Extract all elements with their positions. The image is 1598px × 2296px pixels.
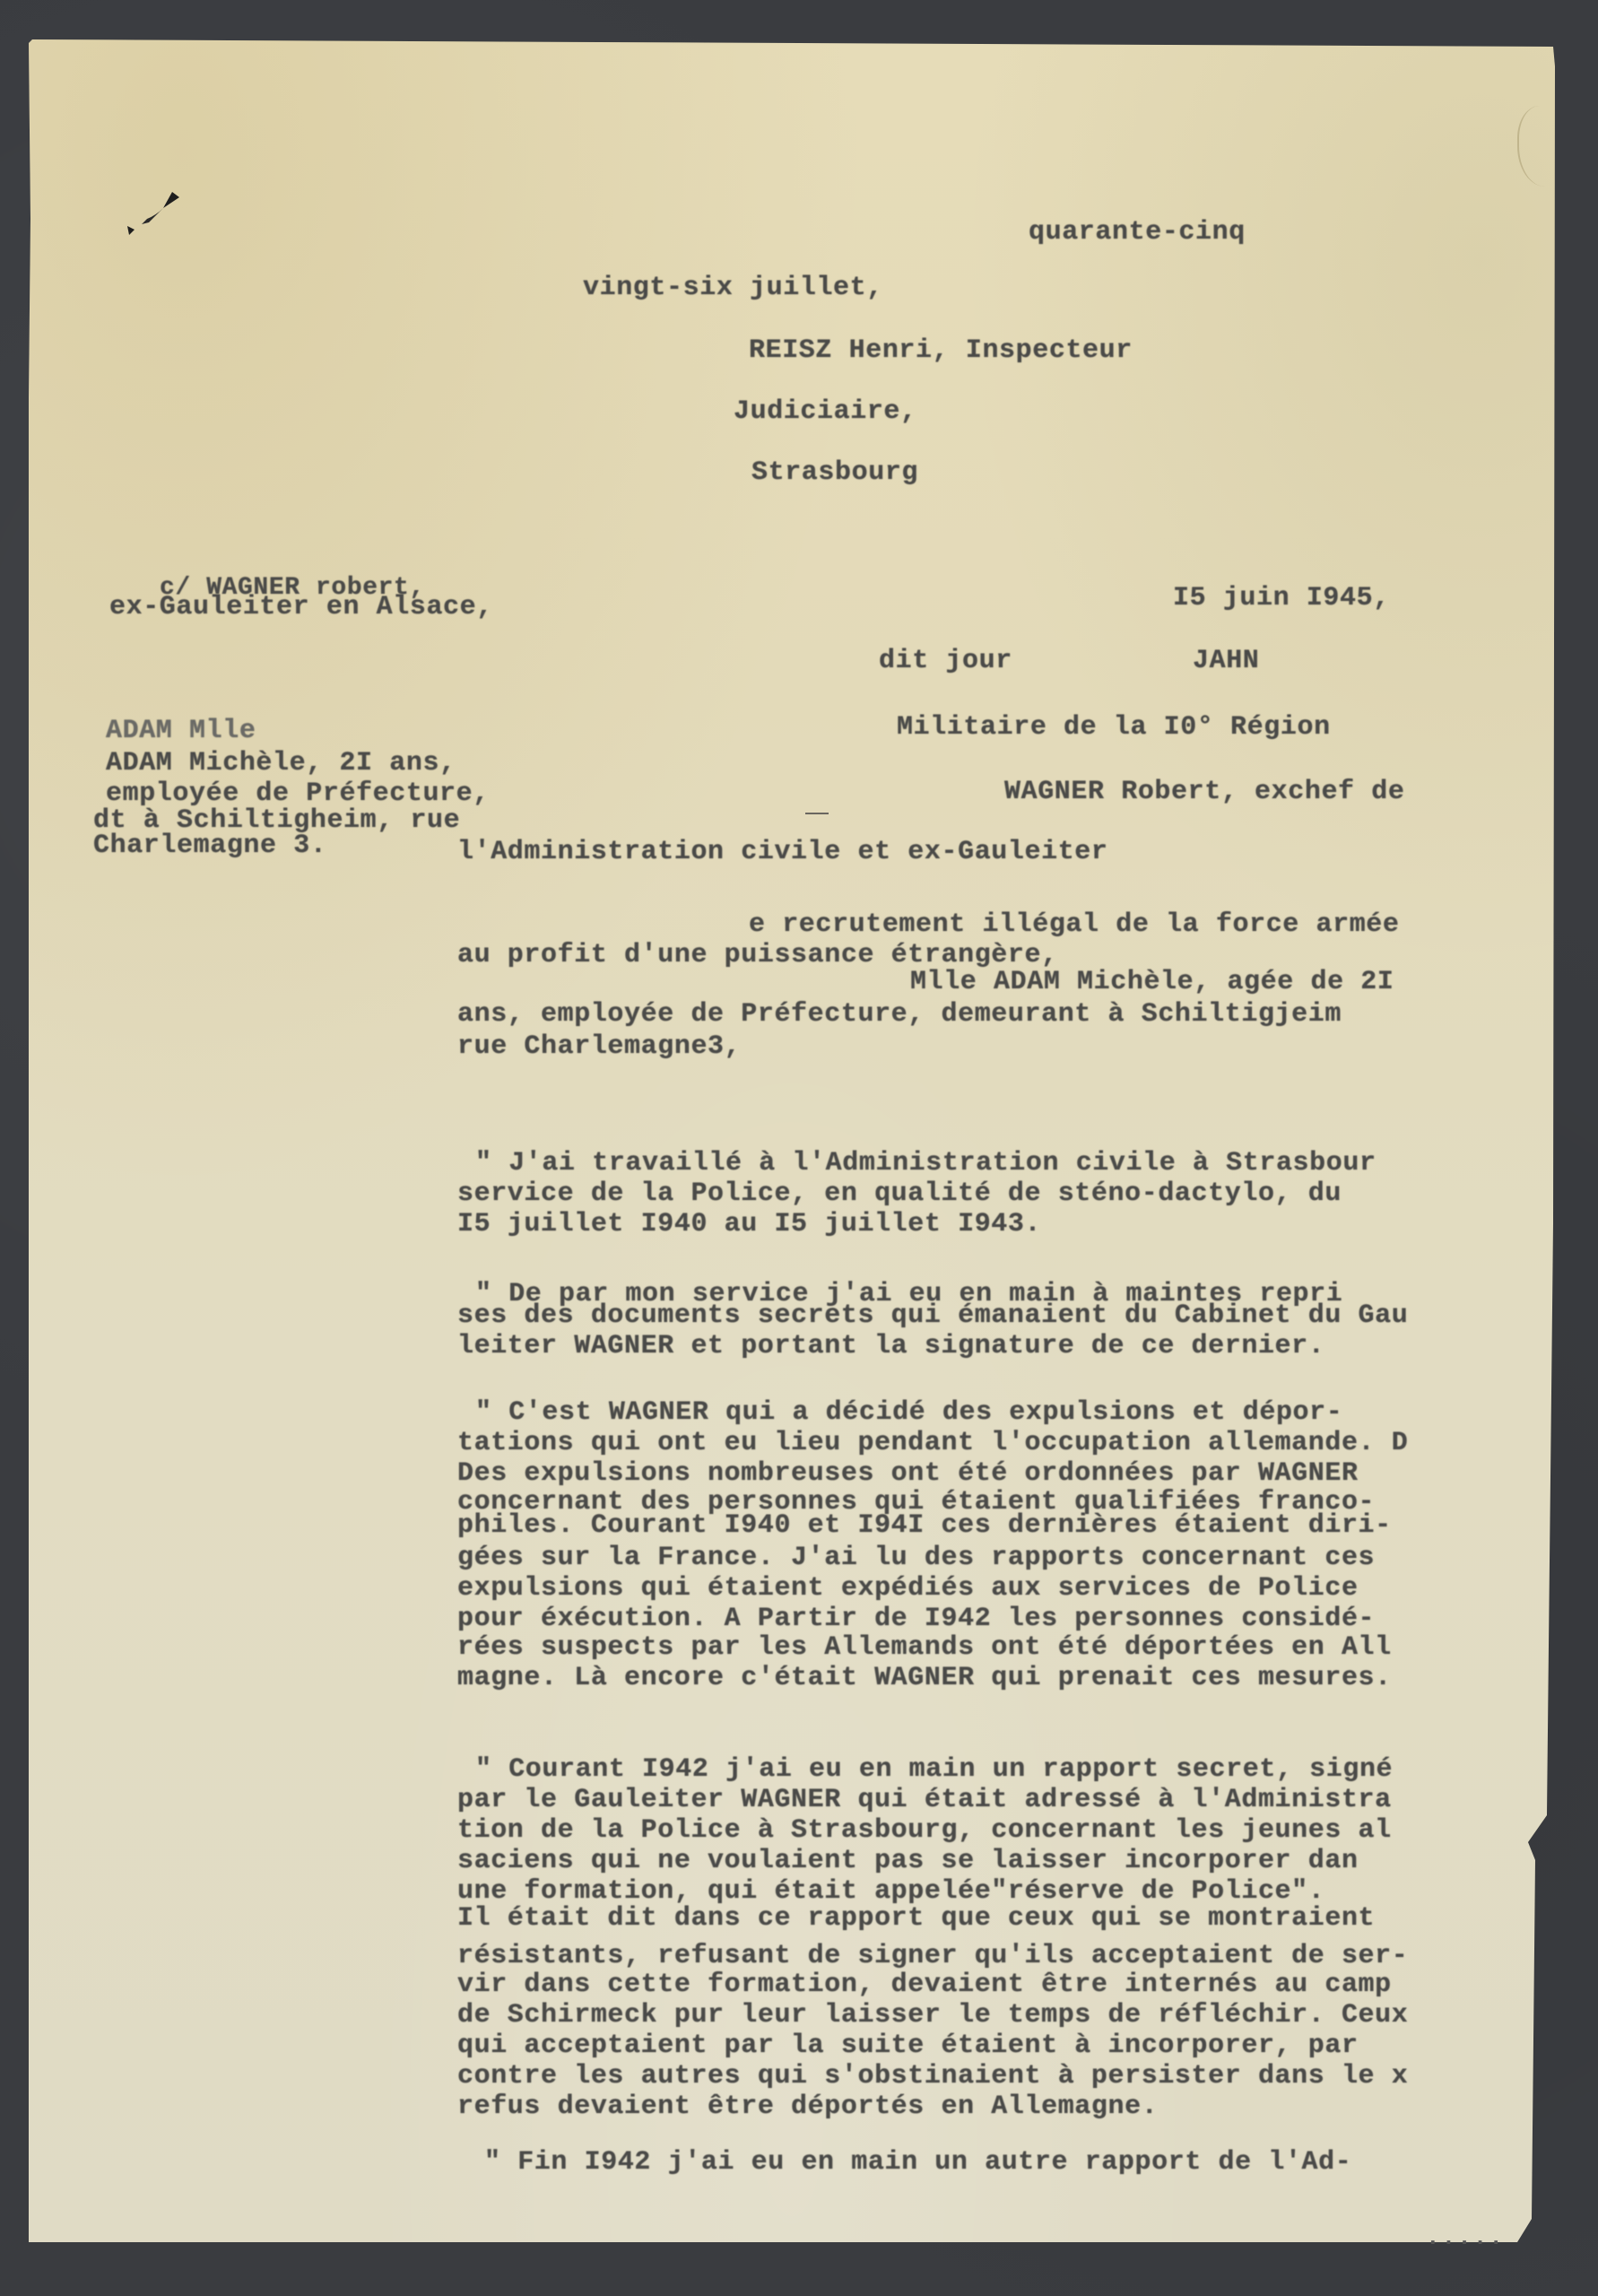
testimony-line: " C'est WAGNER qui a décidé des expulsio… bbox=[475, 1399, 1342, 1426]
tear-mark-icon bbox=[93, 188, 183, 242]
testimony-line: contre les autres qui s'obstinaient à pe… bbox=[457, 2063, 1408, 2090]
dit-jour: dit jour bbox=[879, 648, 1012, 674]
testimony-line: saciens qui ne voulaient pas se laisser … bbox=[457, 1848, 1359, 1874]
deposition-date: I5 juin I945, bbox=[1173, 585, 1390, 612]
accused-line: WAGNER Robert, exchef de bbox=[1004, 778, 1404, 805]
testimony-line: " Courant I942 j'ai eu en main un rappor… bbox=[475, 1756, 1393, 1783]
dash-mark bbox=[805, 813, 829, 814]
testimony-line: une formation, qui était appelée"réserve… bbox=[457, 1878, 1324, 1905]
testimony-line: expulsions qui étaient expédiés aux serv… bbox=[457, 1575, 1359, 1602]
header-officer-title: Judiciaire, bbox=[734, 398, 917, 425]
testimony-line: rées suspects par les Allemands ont été … bbox=[457, 1634, 1392, 1661]
testimony-line: tion de la Police à Strasbourg, concerna… bbox=[457, 1817, 1392, 1844]
testimony-line: " J'ai travaillé à l'Administration civi… bbox=[475, 1150, 1377, 1177]
testimony-line: service de la Police, en qualité de stén… bbox=[457, 1180, 1342, 1207]
witness-name: ADAM Michèle, 2I ans, bbox=[106, 750, 456, 777]
testimony-line: Il était dit dans ce rapport que ceux qu… bbox=[457, 1905, 1375, 1932]
header-officer: REISZ Henri, Inspecteur bbox=[749, 337, 1133, 364]
testimony-line: qui acceptaient par la suite étaient à i… bbox=[457, 2032, 1359, 2059]
testimony-line: vir dans cette formation, devaient être … bbox=[457, 1971, 1392, 1998]
header-city: Strasbourg bbox=[751, 459, 918, 486]
witness-occupation: employée de Préfecture, bbox=[106, 780, 490, 807]
testimony-line: gées sur la France. J'ai lu des rapports… bbox=[457, 1544, 1375, 1571]
testimony-line: magne. Là encore c'était WAGNER qui pren… bbox=[457, 1665, 1392, 1692]
case-ref-line2: ex-Gauleiter en Alsace, bbox=[109, 594, 493, 621]
testimony-line: philes. Courant I940 et I94I ces dernièr… bbox=[457, 1512, 1392, 1539]
testimony-line: " Fin I942 j'ai eu en main un autre rapp… bbox=[484, 2149, 1351, 2176]
testimony-line: par le Gauleiter WAGNER qui était adress… bbox=[457, 1787, 1392, 1813]
header-year: quarante-cinq bbox=[1029, 219, 1246, 246]
testimony-line: résistants, refusant de signer qu'ils ac… bbox=[457, 1943, 1408, 1970]
header-date: vingt-six juillet, bbox=[583, 274, 883, 301]
witness-intro-3: rue Charlemagne3, bbox=[457, 1033, 741, 1060]
admin-line: l'Administration civile et ex-Gauleiter bbox=[457, 839, 1108, 865]
witness-address-2: Charlemagne 3. bbox=[93, 832, 326, 859]
testimony-line: pour éxécution. A Partir de I942 les per… bbox=[457, 1605, 1375, 1632]
testimony-line: Des expulsions nombreuses ont été ordonn… bbox=[457, 1460, 1359, 1487]
testimony-line: tations qui ont eu lieu pendant l'occupa… bbox=[457, 1430, 1408, 1457]
military-region: Militaire de la I0° Région bbox=[897, 714, 1331, 741]
witness-intro-1: Mlle ADAM Michèle, agée de 2I bbox=[910, 969, 1394, 996]
witness-intro-2: ans, employée de Préfecture, demeurant à… bbox=[457, 1001, 1342, 1028]
continuation-marker: ..... bbox=[1426, 2224, 1505, 2251]
charge-line-1: e recrutement illégal de la force armée bbox=[749, 911, 1400, 938]
testimony-line: leiter WAGNER et portant la signature de… bbox=[457, 1333, 1324, 1360]
charge-line-2: au profit d'une puissance étrangère, bbox=[457, 942, 1058, 969]
judge-name: JAHN bbox=[1193, 648, 1259, 674]
testimony-line: I5 juillet I940 au I5 juillet I943. bbox=[457, 1211, 1041, 1238]
testimony-line: ses des documents secrets qui émanaient … bbox=[457, 1302, 1408, 1329]
testimony-line: refus devaient être déportés en Allemagn… bbox=[457, 2093, 1158, 2120]
testimony-line: de Schirmeck pur leur laisser le temps d… bbox=[457, 2002, 1408, 2029]
water-stain bbox=[1517, 106, 1573, 187]
witness-label: ADAM Mlle bbox=[106, 717, 256, 744]
